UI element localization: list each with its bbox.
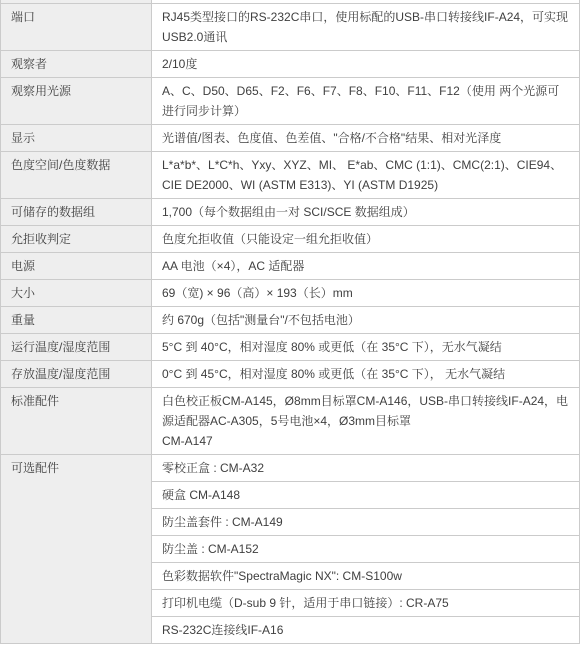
spec-value: 防尘盖套件 : CM-A149	[152, 509, 580, 536]
table-row-pass-fail: 允拒收判定 色度允拒收值（只能设定一组允拒收值）	[1, 226, 580, 253]
table-row-power: 电源 AA 电池（×4），AC 适配器	[1, 253, 580, 280]
table-row-display: 显示 光谱值/图表、色度值、色差值、"合格/不合格"结果、相对光泽度	[1, 125, 580, 152]
spec-value: 69（宽) × 96（高）× 193（长）mm	[152, 280, 580, 307]
spec-value: 硬盒 CM-A148	[152, 482, 580, 509]
spec-label: 观察者	[1, 51, 152, 78]
spec-value: 色度允拒收值（只能设定一组允拒收值）	[152, 226, 580, 253]
table-row-color-space: 色度空间/色度数据 L*a*b*、L*C*h、Yxy、XYZ、MI、 E*ab、…	[1, 152, 580, 199]
table-row-data-storage: 可储存的数据组 1,700（每个数据组由一对 SCI/SCE 数据组成）	[1, 199, 580, 226]
table-row-weight: 重量 约 670g（包括"测量台"/不包括电池）	[1, 307, 580, 334]
spec-label: 观察用光源	[1, 78, 152, 125]
spec-value: 光谱值/图表、色度值、色差值、"合格/不合格"结果、相对光泽度	[152, 125, 580, 152]
spec-label: 运行温度/湿度范围	[1, 334, 152, 361]
spec-value: 防尘盖 : CM-A152	[152, 536, 580, 563]
spec-label-optional-accessories: 可选配件	[1, 455, 152, 644]
spec-value: A、C、D50、D65、F2、F6、F7、F8、F10、F11、F12（使用 两…	[152, 78, 580, 125]
spec-label: 可储存的数据组	[1, 199, 152, 226]
spec-label: 标准配件	[1, 388, 152, 455]
table-row-operating-range: 运行温度/湿度范围 5°C 到 40°C，相对湿度 80% 或更低（在 35°C…	[1, 334, 580, 361]
spec-value: 零校正盒 : CM-A32	[152, 455, 580, 482]
spec-value: 打印机电缆（D-sub 9 针，适用于串口链接）: CR-A75	[152, 590, 580, 617]
spec-value: 2/10度	[152, 51, 580, 78]
spec-value: 1,700（每个数据组由一对 SCI/SCE 数据组成）	[152, 199, 580, 226]
spec-value: 5°C 到 40°C，相对湿度 80% 或更低（在 35°C 下），无水气凝结	[152, 334, 580, 361]
table-row-storage-range: 存放温度/湿度范围 0°C 到 45°C，相对湿度 80% 或更低（在 35°C…	[1, 361, 580, 388]
table-row-port: 端口 RJ45类型接口的RS-232C串口，使用标配的USB-串口转接线IF-A…	[1, 4, 580, 51]
spec-label: 允拒收判定	[1, 226, 152, 253]
table-row-size: 大小 69（宽) × 96（高）× 193（长）mm	[1, 280, 580, 307]
table-row-observer: 观察者 2/10度	[1, 51, 580, 78]
table-row-illuminants: 观察用光源 A、C、D50、D65、F2、F6、F7、F8、F10、F11、F1…	[1, 78, 580, 125]
spec-value: 约 670g（包括"测量台"/不包括电池）	[152, 307, 580, 334]
spec-value: AA 电池（×4），AC 适配器	[152, 253, 580, 280]
spec-value: L*a*b*、L*C*h、Yxy、XYZ、MI、 E*ab、CMC (1:1)、…	[152, 152, 580, 199]
spec-value: RS-232C连接线IF-A16	[152, 617, 580, 644]
spec-label: 端口	[1, 4, 152, 51]
spec-label: 电源	[1, 253, 152, 280]
spec-value: 色彩数据软件"SpectraMagic NX": CM-S100w	[152, 563, 580, 590]
spec-label: 色度空间/色度数据	[1, 152, 152, 199]
spec-label: 显示	[1, 125, 152, 152]
table-row-standard-accessories: 标准配件 白色校正板CM-A145，Ø8mm目标罩CM-A146，USB-串口转…	[1, 388, 580, 455]
spec-table: 端口 RJ45类型接口的RS-232C串口，使用标配的USB-串口转接线IF-A…	[0, 0, 580, 644]
spec-value: RJ45类型接口的RS-232C串口，使用标配的USB-串口转接线IF-A24，…	[152, 4, 580, 51]
spec-value: 白色校正板CM-A145，Ø8mm目标罩CM-A146，USB-串口转接线IF-…	[152, 388, 580, 455]
table-row-optional-accessories: 可选配件 零校正盒 : CM-A32	[1, 455, 580, 482]
spec-label: 大小	[1, 280, 152, 307]
spec-label: 重量	[1, 307, 152, 334]
spec-value: 0°C 到 45°C，相对湿度 80% 或更低（在 35°C 下）， 无水气凝结	[152, 361, 580, 388]
spec-label: 存放温度/湿度范围	[1, 361, 152, 388]
